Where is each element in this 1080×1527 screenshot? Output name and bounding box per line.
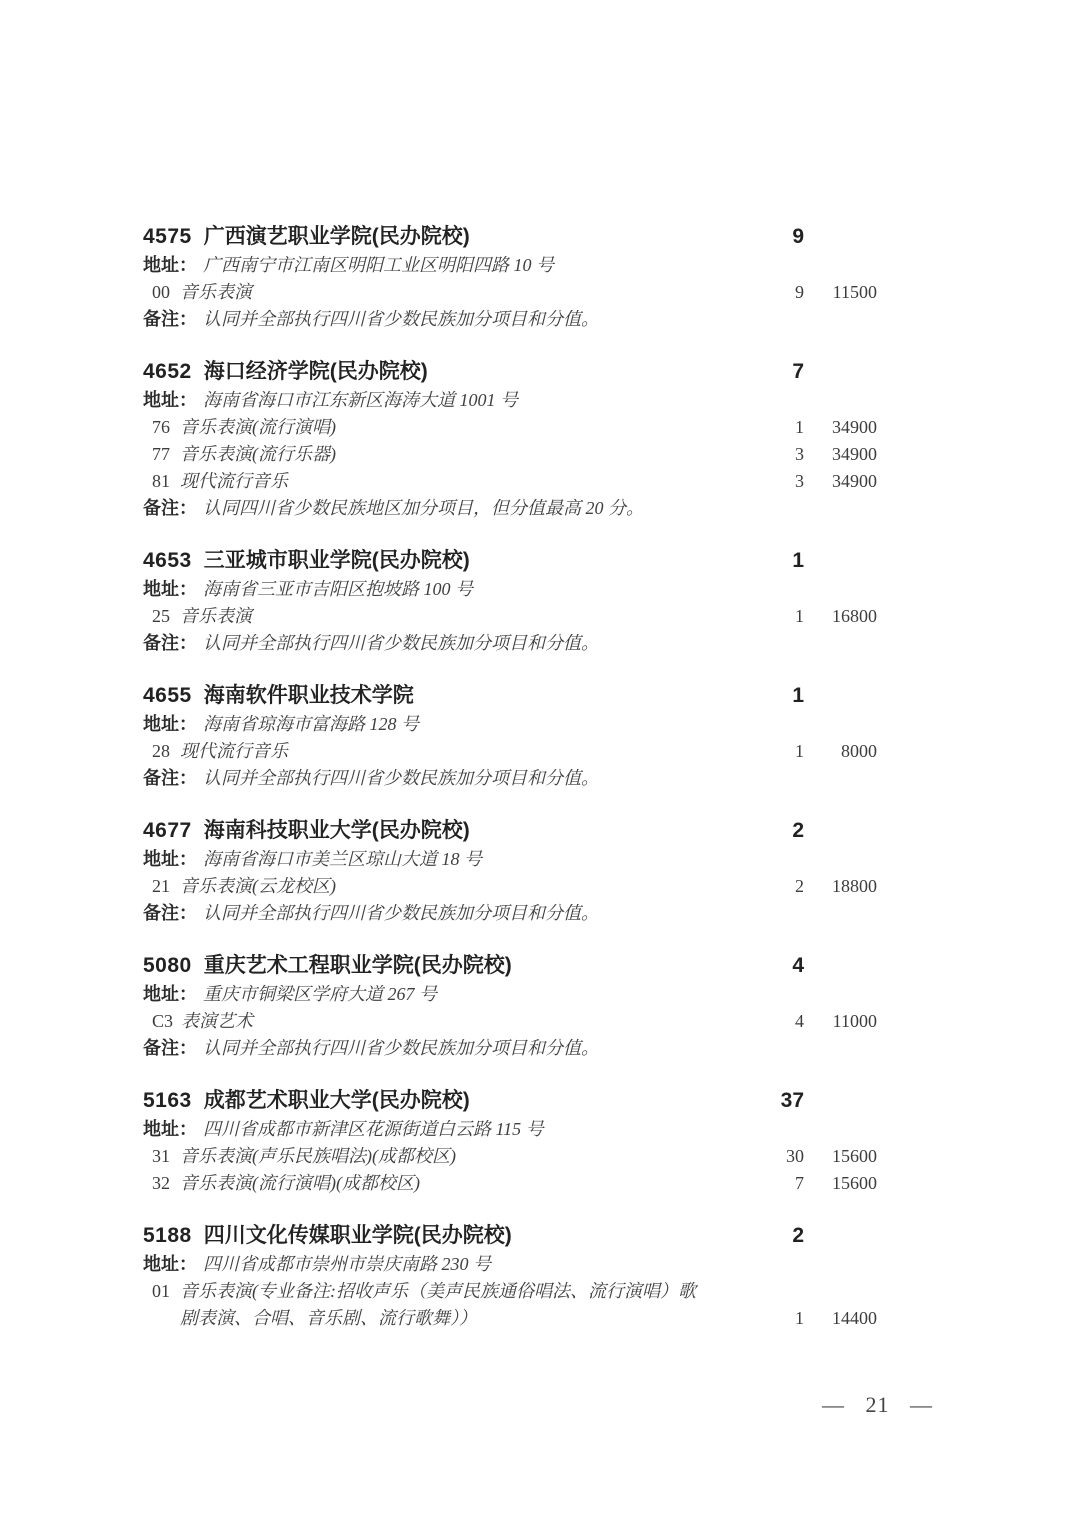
address-text: 海南省三亚市吉阳区抱坡路 100 号 — [203, 579, 473, 599]
major-name: 音乐表演 — [180, 606, 252, 626]
major-line: 81现代流行音乐 — [143, 468, 753, 495]
major-count: 1 — [753, 1305, 804, 1332]
major-row: 32音乐表演(流行演唱)(成都校区) 7 15600 — [143, 1170, 877, 1197]
major-list: 31音乐表演(声乐民族唱法)(成都校区) 30 15600 32音乐表演(流行演… — [143, 1143, 877, 1197]
major-text: 76音乐表演(流行演唱) — [143, 414, 753, 441]
school-header: 5188四川文化传媒职业学院(民办院校) 2 — [143, 1221, 877, 1251]
major-code: 00 — [152, 279, 172, 306]
note-label: 备注： — [143, 768, 197, 788]
school-block: 5163成都艺术职业大学(民办院校) 37 地址：四川省成都市新津区花源街道白云… — [143, 1086, 877, 1197]
major-row: 28现代流行音乐 1 8000 — [143, 738, 877, 765]
major-line: 00音乐表演 — [143, 279, 753, 306]
school-title: 5163成都艺术职业大学(民办院校) — [143, 1086, 753, 1116]
address-text: 四川省成都市崇州市崇庆南路 230 号 — [203, 1254, 491, 1274]
major-code: C3 — [152, 1008, 173, 1035]
address-text: 重庆市铜梁区学府大道 267 号 — [203, 984, 437, 1004]
major-list: 01音乐表演(专业备注:招收声乐（美声民族通俗唱法、流行演唱）歌 剧表演、合唱、… — [143, 1278, 877, 1332]
major-count: 4 — [753, 1008, 804, 1035]
major-name: 音乐表演 — [180, 282, 252, 302]
school-header: 4677海南科技职业大学(民办院校) 2 — [143, 816, 877, 846]
address-line: 地址：重庆市铜梁区学府大道 267 号 — [143, 981, 877, 1008]
major-fee: 34900 — [804, 441, 877, 468]
school-name: 重庆艺术工程职业学院(民办院校) — [204, 954, 512, 977]
school-block: 5080重庆艺术工程职业学院(民办院校) 4 地址：重庆市铜梁区学府大道 267… — [143, 951, 877, 1062]
school-code: 4653 — [143, 549, 192, 572]
major-list: C3表演艺术 4 11000 — [143, 1008, 877, 1035]
major-code: 25 — [152, 603, 172, 630]
school-block: 4655海南软件职业技术学院 1 地址：海南省琼海市富海路 128 号 28现代… — [143, 681, 877, 792]
major-line: 76音乐表演(流行演唱) — [143, 414, 753, 441]
note-text: 认同并全部执行四川省少数民族加分项目和分值。 — [203, 1038, 599, 1058]
major-code: 77 — [152, 441, 172, 468]
major-fee: 11500 — [804, 279, 877, 306]
major-count: 1 — [753, 414, 804, 441]
school-block: 4653三亚城市职业学院(民办院校) 1 地址：海南省三亚市吉阳区抱坡路 100… — [143, 546, 877, 657]
major-fee: 14400 — [804, 1305, 877, 1332]
major-count: 1 — [753, 738, 804, 765]
school-list: 4575广西演艺职业学院(民办院校) 9 地址：广西南宁市江南区明阳工业区明阳四… — [143, 222, 877, 1356]
school-code: 5163 — [143, 1089, 192, 1112]
school-title: 4653三亚城市职业学院(民办院校) — [143, 546, 753, 576]
major-row: 25音乐表演 1 16800 — [143, 603, 877, 630]
note-line: 备注：认同并全部执行四川省少数民族加分项目和分值。 — [143, 900, 877, 927]
address-label: 地址： — [143, 390, 197, 410]
major-line: 21音乐表演(云龙校区) — [143, 873, 753, 900]
school-name: 海南科技职业大学(民办院校) — [204, 819, 470, 842]
major-line: 77音乐表演(流行乐器) — [143, 441, 753, 468]
school-block: 4575广西演艺职业学院(民办院校) 9 地址：广西南宁市江南区明阳工业区明阳四… — [143, 222, 877, 333]
school-code: 5188 — [143, 1224, 192, 1247]
school-code: 4677 — [143, 819, 192, 842]
major-list: 25音乐表演 1 16800 — [143, 603, 877, 630]
major-count: 3 — [753, 468, 804, 495]
address-line: 地址：海南省三亚市吉阳区抱坡路 100 号 — [143, 576, 877, 603]
address-text: 广西南宁市江南区明阳工业区明阳四路 10 号 — [203, 255, 554, 275]
address-text: 海南省琼海市富海路 128 号 — [203, 714, 419, 734]
major-code: 81 — [152, 468, 172, 495]
major-name: 现代流行音乐 — [180, 741, 288, 761]
major-line: 31音乐表演(声乐民族唱法)(成都校区) — [143, 1143, 753, 1170]
school-total-count: 2 — [753, 816, 804, 846]
school-total-count: 2 — [753, 1221, 804, 1251]
school-header: 4652海口经济学院(民办院校) 7 — [143, 357, 877, 387]
major-name: 音乐表演(流行乐器) — [180, 444, 336, 464]
school-total-count: 37 — [753, 1086, 804, 1116]
major-row: 01音乐表演(专业备注:招收声乐（美声民族通俗唱法、流行演唱）歌 剧表演、合唱、… — [143, 1278, 877, 1332]
school-total-count: 4 — [753, 951, 804, 981]
school-code: 4652 — [143, 360, 192, 383]
major-name-cont: 剧表演、合唱、音乐剧、流行歌舞）） — [143, 1305, 753, 1332]
school-header: 4653三亚城市职业学院(民办院校) 1 — [143, 546, 877, 576]
major-row: 00音乐表演 9 11500 — [143, 279, 877, 306]
major-fee: 18800 — [804, 873, 877, 900]
note-line: 备注：认同并全部执行四川省少数民族加分项目和分值。 — [143, 630, 877, 657]
major-line: 25音乐表演 — [143, 603, 753, 630]
school-title: 4677海南科技职业大学(民办院校) — [143, 816, 753, 846]
major-list: 00音乐表演 9 11500 — [143, 279, 877, 306]
school-block: 4652海口经济学院(民办院校) 7 地址：海南省海口市江东新区海涛大道 100… — [143, 357, 877, 522]
major-name: 音乐表演(云龙校区) — [180, 876, 336, 896]
major-text: C3表演艺术 — [143, 1008, 753, 1035]
document-page: 4575广西演艺职业学院(民办院校) 9 地址：广西南宁市江南区明阳工业区明阳四… — [0, 0, 1080, 1527]
major-code: 21 — [152, 873, 172, 900]
major-text: 01音乐表演(专业备注:招收声乐（美声民族通俗唱法、流行演唱）歌 剧表演、合唱、… — [143, 1278, 753, 1332]
major-fee: 15600 — [804, 1143, 877, 1170]
major-name: 表演艺术 — [181, 1011, 253, 1031]
note-text: 认同并全部执行四川省少数民族加分项目和分值。 — [203, 309, 599, 329]
major-name: 音乐表演(流行演唱) — [180, 417, 336, 437]
major-line: 32音乐表演(流行演唱)(成都校区) — [143, 1170, 753, 1197]
address-label: 地址： — [143, 714, 197, 734]
major-fee: 15600 — [804, 1170, 877, 1197]
school-name: 四川文化传媒职业学院(民办院校) — [204, 1224, 512, 1247]
school-title: 4652海口经济学院(民办院校) — [143, 357, 753, 387]
page-number: — 21 — — [822, 1392, 933, 1417]
major-text: 32音乐表演(流行演唱)(成都校区) — [143, 1170, 753, 1197]
school-name: 海口经济学院(民办院校) — [204, 360, 428, 383]
note-label: 备注： — [143, 633, 197, 653]
school-total-count: 9 — [753, 222, 804, 252]
school-block: 4677海南科技职业大学(民办院校) 2 地址：海南省海口市美兰区琼山大道 18… — [143, 816, 877, 927]
major-code: 28 — [152, 738, 172, 765]
school-code: 4655 — [143, 684, 192, 707]
school-title: 5188四川文化传媒职业学院(民办院校) — [143, 1221, 753, 1251]
major-row: C3表演艺术 4 11000 — [143, 1008, 877, 1035]
major-name: 音乐表演(专业备注:招收声乐（美声民族通俗唱法、流行演唱）歌 — [180, 1281, 696, 1301]
school-name: 广西演艺职业学院(民办院校) — [204, 225, 470, 248]
major-text: 21音乐表演(云龙校区) — [143, 873, 753, 900]
major-fee: 34900 — [804, 414, 877, 441]
major-row: 81现代流行音乐 3 34900 — [143, 468, 877, 495]
school-header: 5163成都艺术职业大学(民办院校) 37 — [143, 1086, 877, 1116]
major-text: 77音乐表演(流行乐器) — [143, 441, 753, 468]
note-text: 认同并全部执行四川省少数民族加分项目和分值。 — [203, 633, 599, 653]
major-line: 28现代流行音乐 — [143, 738, 753, 765]
school-name: 三亚城市职业学院(民办院校) — [204, 549, 470, 572]
address-line: 地址：四川省成都市新津区花源街道白云路 115 号 — [143, 1116, 877, 1143]
major-row: 76音乐表演(流行演唱) 1 34900 — [143, 414, 877, 441]
address-text: 海南省海口市江东新区海涛大道 1001 号 — [203, 390, 518, 410]
note-line: 备注：认同并全部执行四川省少数民族加分项目和分值。 — [143, 306, 877, 333]
major-count: 3 — [753, 441, 804, 468]
address-text: 海南省海口市美兰区琼山大道 18 号 — [203, 849, 482, 869]
major-count: 9 — [753, 279, 804, 306]
address-label: 地址： — [143, 984, 197, 1004]
major-fee: 16800 — [804, 603, 877, 630]
major-name: 现代流行音乐 — [180, 471, 288, 491]
note-text: 认同并全部执行四川省少数民族加分项目和分值。 — [203, 903, 599, 923]
note-label: 备注： — [143, 903, 197, 923]
major-count: 7 — [753, 1170, 804, 1197]
major-count: 2 — [753, 873, 804, 900]
major-text: 25音乐表演 — [143, 603, 753, 630]
school-block: 5188四川文化传媒职业学院(民办院校) 2 地址：四川省成都市崇州市崇庆南路 … — [143, 1221, 877, 1332]
school-header: 4655海南软件职业技术学院 1 — [143, 681, 877, 711]
major-fee: 8000 — [804, 738, 877, 765]
school-name: 海南软件职业技术学院 — [204, 684, 414, 707]
address-label: 地址： — [143, 255, 197, 275]
school-code: 4575 — [143, 225, 192, 248]
major-list: 76音乐表演(流行演唱) 1 34900 77音乐表演(流行乐器) 3 3490… — [143, 414, 877, 495]
major-list: 21音乐表演(云龙校区) 2 18800 — [143, 873, 877, 900]
major-line: 01音乐表演(专业备注:招收声乐（美声民族通俗唱法、流行演唱）歌 — [143, 1278, 753, 1305]
school-total-count: 7 — [753, 357, 804, 387]
address-line: 地址：海南省海口市江东新区海涛大道 1001 号 — [143, 387, 877, 414]
address-label: 地址： — [143, 849, 197, 869]
major-row: 21音乐表演(云龙校区) 2 18800 — [143, 873, 877, 900]
school-header: 4575广西演艺职业学院(民办院校) 9 — [143, 222, 877, 252]
major-code: 76 — [152, 414, 172, 441]
address-label: 地址： — [143, 579, 197, 599]
major-text: 31音乐表演(声乐民族唱法)(成都校区) — [143, 1143, 753, 1170]
note-label: 备注： — [143, 498, 197, 518]
address-line: 地址：海南省海口市美兰区琼山大道 18 号 — [143, 846, 877, 873]
school-title: 4575广西演艺职业学院(民办院校) — [143, 222, 753, 252]
note-line: 备注：认同并全部执行四川省少数民族加分项目和分值。 — [143, 765, 877, 792]
major-code: 01 — [152, 1278, 172, 1305]
school-name: 成都艺术职业大学(民办院校) — [204, 1089, 470, 1112]
note-label: 备注： — [143, 309, 197, 329]
major-list: 28现代流行音乐 1 8000 — [143, 738, 877, 765]
note-label: 备注： — [143, 1038, 197, 1058]
major-name: 音乐表演(声乐民族唱法)(成都校区) — [180, 1146, 456, 1166]
major-name: 音乐表演(流行演唱)(成都校区) — [180, 1173, 420, 1193]
address-line: 地址：四川省成都市崇州市崇庆南路 230 号 — [143, 1251, 877, 1278]
major-text: 81现代流行音乐 — [143, 468, 753, 495]
school-title: 5080重庆艺术工程职业学院(民办院校) — [143, 951, 753, 981]
address-label: 地址： — [143, 1119, 197, 1139]
note-text: 认同并全部执行四川省少数民族加分项目和分值。 — [203, 768, 599, 788]
major-row: 77音乐表演(流行乐器) 3 34900 — [143, 441, 877, 468]
major-code: 31 — [152, 1143, 172, 1170]
school-header: 5080重庆艺术工程职业学院(民办院校) 4 — [143, 951, 877, 981]
major-line: C3表演艺术 — [143, 1008, 753, 1035]
major-count: 1 — [753, 603, 804, 630]
address-line: 地址：广西南宁市江南区明阳工业区明阳四路 10 号 — [143, 252, 877, 279]
major-fee: 11000 — [804, 1008, 877, 1035]
major-code: 32 — [152, 1170, 172, 1197]
school-total-count: 1 — [753, 681, 804, 711]
school-title: 4655海南软件职业技术学院 — [143, 681, 753, 711]
address-label: 地址： — [143, 1254, 197, 1274]
major-count: 30 — [753, 1143, 804, 1170]
note-line: 备注：认同并全部执行四川省少数民族加分项目和分值。 — [143, 1035, 877, 1062]
major-row: 31音乐表演(声乐民族唱法)(成都校区) 30 15600 — [143, 1143, 877, 1170]
page-footer: — 21 — — [822, 1392, 933, 1418]
address-line: 地址：海南省琼海市富海路 128 号 — [143, 711, 877, 738]
major-text: 28现代流行音乐 — [143, 738, 753, 765]
school-code: 5080 — [143, 954, 192, 977]
note-text: 认同四川省少数民族地区加分项目，但分值最高 20 分。 — [203, 498, 644, 518]
note-line: 备注：认同四川省少数民族地区加分项目，但分值最高 20 分。 — [143, 495, 877, 522]
major-fee: 34900 — [804, 468, 877, 495]
major-text: 00音乐表演 — [143, 279, 753, 306]
address-text: 四川省成都市新津区花源街道白云路 115 号 — [203, 1119, 544, 1139]
school-total-count: 1 — [753, 546, 804, 576]
